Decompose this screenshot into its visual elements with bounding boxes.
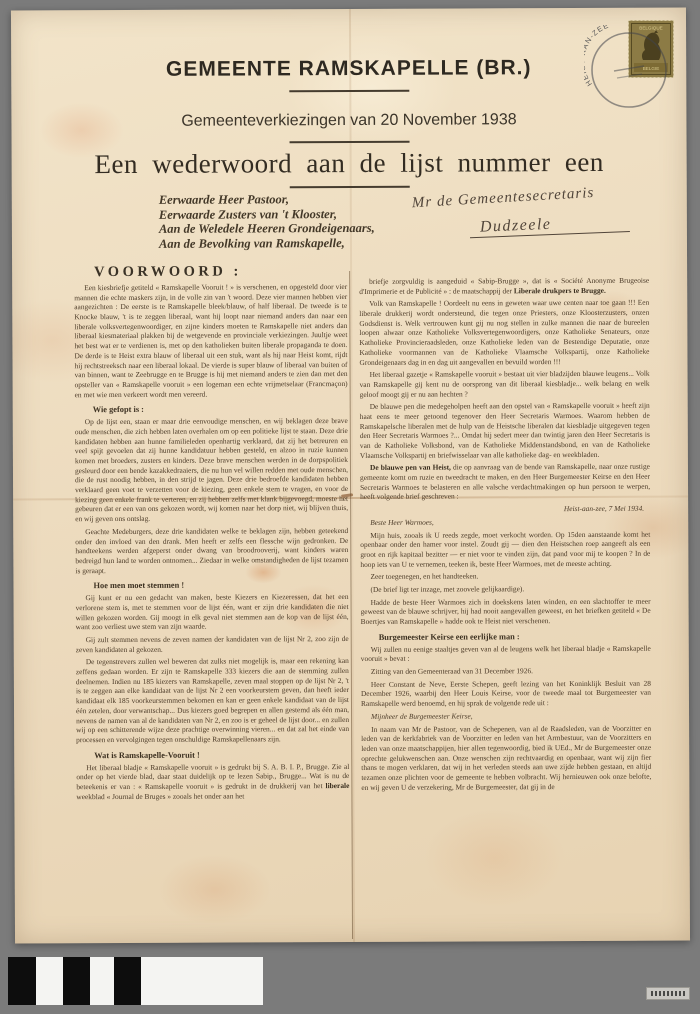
letter-note: (De brief ligt ter inzage, met zoovele g…	[360, 584, 650, 595]
paragraph: Geachte Medeburgers, deze drie kandidate…	[75, 526, 348, 576]
paragraph: Wij zullen nu eenige staaltjes geven van…	[361, 643, 651, 664]
paragraph: Heer Constant de Neve, Eerste Schepen, g…	[361, 678, 651, 708]
paragraph-text: Gij zult stemmen nevens de zeven namen d…	[76, 634, 349, 654]
salutation-line: Eerwaarde Heer Pastoor,	[159, 192, 375, 207]
paragraph: In naam van Mr de Pastoor, van de Schepe…	[361, 723, 651, 792]
paragraph: Gij zult stemmen nevens de zeven namen d…	[76, 634, 349, 655]
letter-body: Mijn huis, zooals ik U reeds zegde, moet…	[360, 529, 650, 569]
speech-salutation: Mijnheer de Burgemeester Keirse,	[361, 711, 651, 722]
paragraph-text: Mijn huis, zooals ik U reeds zegde, moet…	[360, 529, 650, 568]
letter-salutation: Beste Heer Warmoes,	[360, 517, 650, 528]
photo-scale-bar	[8, 957, 263, 1005]
pamphlet-page: GEMEENTE RAMSKAPELLE (BR.) Gemeenteverki…	[11, 8, 690, 944]
voorwoord-heading: VOORWOORD :	[94, 263, 242, 281]
paragraph: Hadde de beste Heer Warmoes zich in doek…	[361, 596, 651, 626]
scale-bar-white-strip	[141, 957, 263, 1005]
paragraph-text: weekblad « Journal de Bruges » zooals he…	[76, 791, 244, 801]
salutation-line: Eerwaarde Zusters van 't Klooster,	[159, 206, 375, 221]
paragraph-text: De blauwe pen die medegeholpen heeft aan…	[360, 401, 650, 460]
section-heading: Burgemeester Keirse een eerlijke man :	[361, 630, 651, 642]
bold-phrase: De blauwe pen van Heist,	[370, 463, 451, 472]
letter-date: Heist-aan-zee, 7 Mei 1934.	[360, 504, 644, 515]
right-column: briefje zorgvuldig is aangeduid « Sabip-…	[359, 276, 651, 796]
scale-square-black	[63, 957, 90, 1005]
handwritten-addressee: Mr de Gemeentesecretaris Dudzeele	[412, 188, 662, 236]
section-heading: Hoe men moet stemmen !	[75, 579, 348, 591]
paragraph: Een kiesbriefje getiteld « Ramskapelle V…	[74, 282, 348, 399]
paragraph: De blauwe pen die medegeholpen heeft aan…	[360, 401, 650, 460]
paragraph-text: Gij kunt er nu een gedacht van maken, be…	[76, 592, 349, 631]
paragraph-text: Hadde de beste Heer Warmoes zich in doek…	[361, 596, 651, 626]
divider-rule	[289, 186, 409, 189]
paragraph-text: Het liberaal bladje « Ramskapelle voorui…	[76, 762, 349, 792]
paragraph: briefje zorgvuldig is aangeduid « Sabip-…	[359, 276, 649, 297]
paragraph-text: Op de lijst een, staan er maar drie eenv…	[75, 416, 348, 523]
salutation-line: Aan de Bevolking van Ramskapelle,	[159, 235, 375, 250]
inventory-label	[646, 987, 690, 1000]
paragraph-text: Wij zullen nu eenige staaltjes geven van…	[361, 643, 651, 663]
paragraph: De tegenstrevers zullen wel beweren dat …	[76, 656, 349, 744]
section-heading: Wat is Ramskapelle-Vooruit !	[76, 749, 349, 761]
paragraph-text: In naam van Mr de Pastoor, van de Schepe…	[361, 723, 651, 791]
paragraph: Gij kunt er nu een gedacht van maken, be…	[76, 592, 349, 632]
paragraph: Het liberaal gazetje « Ramskapelle vooru…	[360, 369, 650, 399]
salutation-line: Aan de Weledele Heeren Grondeigenaars,	[159, 221, 375, 236]
inventory-label-text-marks	[651, 991, 685, 996]
paragraph-text: Heer Constant de Neve, Eerste Schepen, g…	[361, 678, 651, 708]
scale-square-white	[90, 957, 114, 1005]
left-column: Een kiesbriefje getiteld « Ramskapelle V…	[74, 282, 349, 804]
divider-rule	[289, 141, 409, 144]
paragraph: Volk van Ramskapelle ! Oordeelt nu eens …	[359, 298, 649, 367]
postmark-icon: HEIST-AAN-ZEE	[584, 25, 674, 115]
scale-square-white	[36, 957, 63, 1005]
scale-square-black	[8, 957, 36, 1005]
paragraph: Zitting van den Gemeenteraad van 31 Dece…	[361, 666, 651, 677]
photographed-document-scene: GEMEENTE RAMSKAPELLE (BR.) Gemeenteverki…	[0, 0, 700, 1014]
scale-square-black	[114, 957, 141, 1005]
paragraph-text: Volk van Ramskapelle ! Oordeelt nu eens …	[359, 298, 649, 366]
paragraph-text: Zitting van den Gemeenteraad van 31 Dece…	[371, 666, 533, 676]
letter-closing: Zeer toegenegen, en het handteeken.	[360, 571, 650, 582]
paragraph-text: De tegenstrevers zullen wel beweren dat …	[76, 656, 349, 744]
section-heading: Wie gefopt is :	[75, 403, 348, 415]
handwriting-line: Mr de Gemeentesecretaris	[412, 181, 663, 212]
paragraph: Het liberaal bladje « Ramskapelle voorui…	[76, 762, 349, 802]
paragraph: Op de lijst een, staan er maar drie eenv…	[75, 416, 348, 524]
divider-rule	[289, 90, 409, 93]
pamphlet-title: Een wederwoord aan de lijst nummer een	[12, 147, 687, 181]
bold-phrase: liberale	[326, 781, 350, 790]
paragraph-text: Een kiesbriefje getiteld « Ramskapelle V…	[74, 282, 347, 399]
paragraph-text: Het liberaal gazetje « Ramskapelle vooru…	[360, 369, 650, 399]
paragraph-text: Geachte Medeburgers, deze drie kandidate…	[75, 526, 348, 575]
svg-text:HEIST-AAN-ZEE: HEIST-AAN-ZEE	[584, 25, 610, 88]
paragraph: De blauwe pen van Heist, die op aanvraag…	[360, 462, 650, 502]
bold-phrase: Liberale drukpers te Brugge.	[514, 286, 606, 295]
postmark-town-text: HEIST-AAN-ZEE	[584, 25, 610, 88]
salutation-block: Eerwaarde Heer Pastoor, Eerwaarde Zuster…	[159, 192, 375, 251]
